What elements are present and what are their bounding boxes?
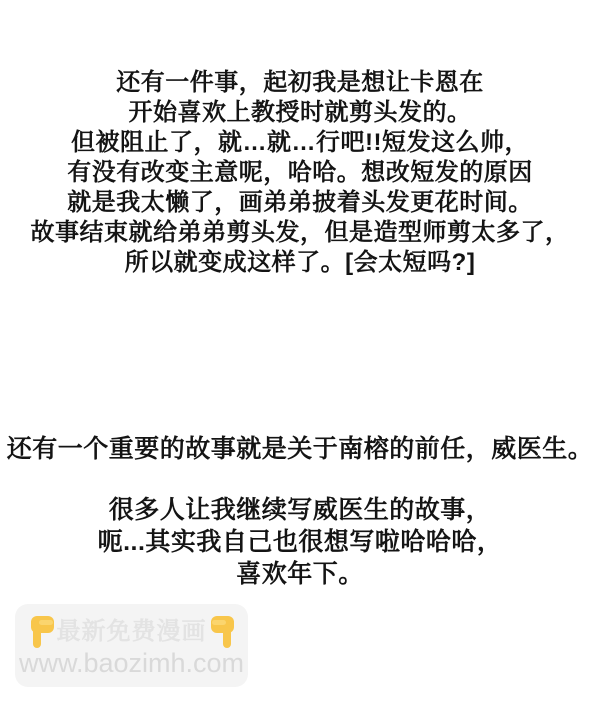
text-line: 喜欢年下。 bbox=[0, 558, 600, 590]
author-note-paragraph-3: 很多人让我继续写威医生的故事， 呃...其实我自己也很想写啦哈哈哈， 喜欢年下。 bbox=[0, 494, 600, 590]
watermark-label: 最新免费漫画 bbox=[57, 620, 207, 644]
text-line: 呃...其实我自己也很想写啦哈哈哈， bbox=[0, 526, 600, 558]
text-line: 但被阻止了，就…就…行吧!!短发这么帅， bbox=[0, 128, 600, 158]
pointing-down-icon bbox=[27, 615, 55, 649]
watermark-title-row: 最新免费漫画 bbox=[27, 614, 237, 650]
text-line: 所以就变成这样了。[会太短吗?] bbox=[0, 248, 600, 278]
author-note-paragraph-1: 还有一件事，起初我是想让卡恩在 开始喜欢上教授时就剪头发的。 但被阻止了，就…就… bbox=[0, 68, 600, 278]
comic-author-note-page: 还有一件事，起初我是想让卡恩在 开始喜欢上教授时就剪头发的。 但被阻止了，就…就… bbox=[0, 0, 600, 702]
text-line: 就是我太懒了，画弟弟披着头发更花时间。 bbox=[0, 188, 600, 218]
text-line: 还有一件事，起初我是想让卡恩在 bbox=[0, 68, 600, 98]
watermark-badge: 最新免费漫画 www.baozimh.com bbox=[15, 604, 248, 687]
pointing-down-icon bbox=[209, 615, 237, 649]
text-line: 开始喜欢上教授时就剪头发的。 bbox=[0, 98, 600, 128]
watermark-url: www.baozimh.com bbox=[19, 648, 244, 678]
text-line: 有没有改变主意呢，哈哈。想改短发的原因 bbox=[0, 158, 600, 188]
author-note-paragraph-2: 还有一个重要的故事就是关于南榕的前任，威医生。 bbox=[0, 434, 600, 465]
text-line: 还有一个重要的故事就是关于南榕的前任，威医生。 bbox=[0, 434, 600, 465]
text-line: 很多人让我继续写威医生的故事， bbox=[0, 494, 600, 526]
text-line: 故事结束就给弟弟剪头发，但是造型师剪太多了， bbox=[0, 218, 600, 248]
